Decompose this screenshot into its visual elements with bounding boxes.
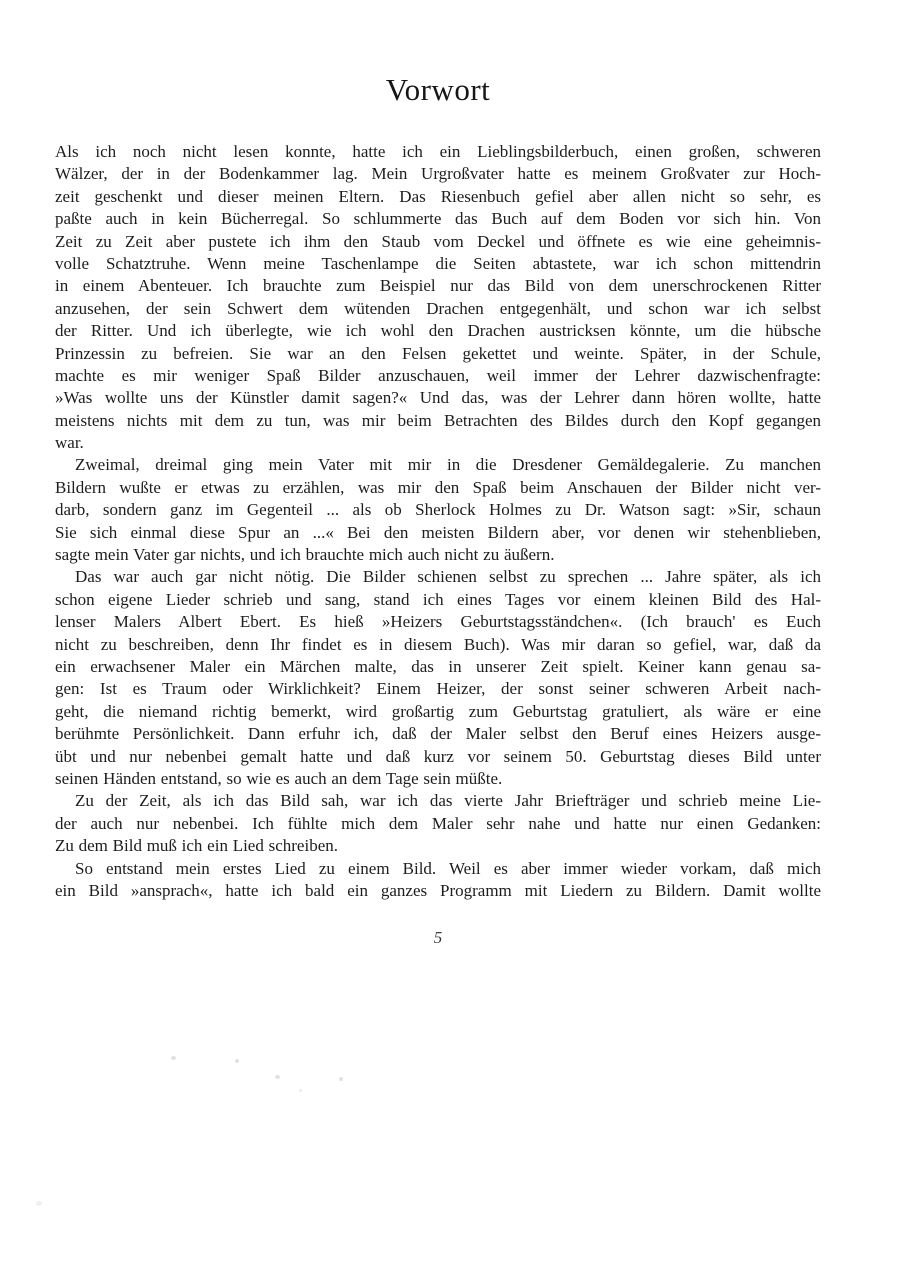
text-line: Zeit zu Zeit aber pustete ich ihm den St… <box>55 231 821 253</box>
text-line: sagte mein Vater gar nichts, und ich bra… <box>55 544 821 566</box>
text-line: zeit geschenkt und dieser meinen Eltern.… <box>55 186 821 208</box>
text-line: der Ritter. Und ich überlegte, wie ich w… <box>55 320 821 342</box>
scan-speck <box>275 1075 280 1079</box>
text-line: berühmte Persönlichkeit. Dann erfuhr ich… <box>55 723 821 745</box>
text-line: in einem Abenteuer. Ich brauchte zum Bei… <box>55 275 821 297</box>
text-line: darb, sondern ganz im Gegenteil ... als … <box>55 499 821 521</box>
text-line: Prinzessin zu befreien. Sie war an den F… <box>55 343 821 365</box>
text-line: geht, die niemand richtig bemerkt, wird … <box>55 701 821 723</box>
text-line: paßte auch in kein Bücherregal. So schlu… <box>55 208 821 230</box>
book-page: Vorwort Als ich noch nicht lesen konnte,… <box>0 0 900 1274</box>
text-line: ein erwachsener Maler ein Märchen malte,… <box>55 656 821 678</box>
text-line: Sie sich einmal diese Spur an ...« Bei d… <box>55 522 821 544</box>
text-line: war. <box>55 432 821 454</box>
text-line: Bildern wußte er etwas zu erzählen, was … <box>55 477 821 499</box>
text-line: Zu der Zeit, als ich das Bild sah, war i… <box>55 790 821 812</box>
text-line: So entstand mein erstes Lied zu einem Bi… <box>55 858 821 880</box>
text-line: schon eigene Lieder schrieb und sang, st… <box>55 589 821 611</box>
text-line: anzusehen, der sein Schwert dem wütenden… <box>55 298 821 320</box>
body-text: Als ich noch nicht lesen konnte, hatte i… <box>55 141 821 902</box>
text-line: gen: Ist es Traum oder Wirklichkeit? Ein… <box>55 678 821 700</box>
text-line: lenser Malers Albert Ebert. Es hieß »Hei… <box>55 611 821 633</box>
scan-speck <box>299 1089 302 1092</box>
text-line: machte es mir weniger Spaß Bilder anzusc… <box>55 365 821 387</box>
page-number: 5 <box>55 928 821 948</box>
scan-speck <box>339 1077 343 1081</box>
text-line: ein Bild »ansprach«, hatte ich bald ein … <box>55 880 821 902</box>
text-line: meistens nichts mit dem zu tun, was mir … <box>55 410 821 432</box>
text-line: nicht zu beschreiben, denn Ihr findet es… <box>55 634 821 656</box>
scan-speck <box>36 1201 42 1206</box>
text-line: »Was wollte uns der Künstler damit sagen… <box>55 387 821 409</box>
text-line: Zu dem Bild muß ich ein Lied schreiben. <box>55 835 821 857</box>
scan-speck <box>235 1059 239 1063</box>
text-line: übt und nur nebenbei gemalt hatte und da… <box>55 746 821 768</box>
text-line: volle Schatztruhe. Wenn meine Taschenlam… <box>55 253 821 275</box>
text-line: Das war auch gar nicht nötig. Die Bilder… <box>55 566 821 588</box>
text-line: Als ich noch nicht lesen konnte, hatte i… <box>55 141 821 163</box>
text-line: der auch nur nebenbei. Ich fühlte mich d… <box>55 813 821 835</box>
text-line: seinen Händen entstand, so wie es auch a… <box>55 768 821 790</box>
text-line: Zweimal, dreimal ging mein Vater mit mir… <box>55 454 821 476</box>
text-line: Wälzer, der in der Bodenkammer lag. Mein… <box>55 163 821 185</box>
scan-speck <box>171 1056 176 1060</box>
page-title: Vorwort <box>55 72 821 108</box>
